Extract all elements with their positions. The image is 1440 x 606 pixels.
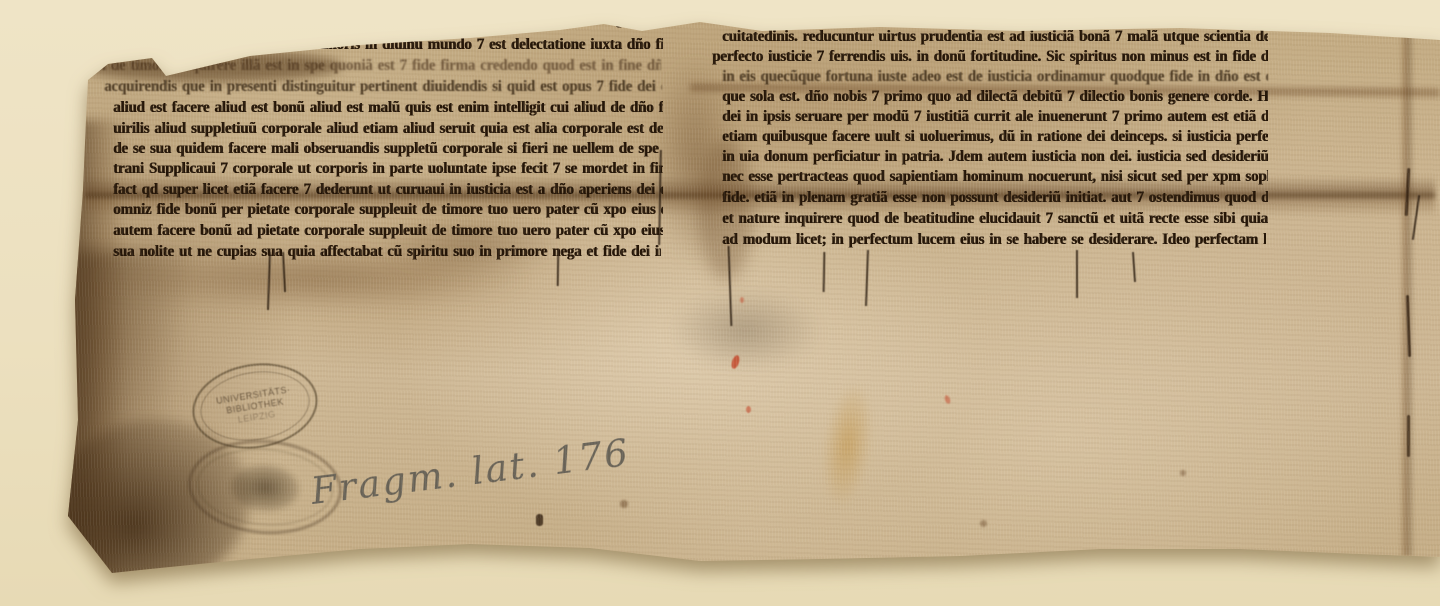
ink-descender: [823, 252, 826, 292]
manuscript-line: perfecto iusticie 7 ferrendis uis. in do…: [712, 47, 1268, 67]
manuscript-line: que sola est. dño nobis 7 primo quo ad d…: [722, 87, 1268, 107]
manuscript-line: aliud est facere aliud est bonũ aliud es…: [113, 98, 663, 118]
manuscript-line: cuitatedinis. reducuntur uirtus prudenti…: [722, 27, 1268, 47]
manuscript-line: autem facere bonũ ad pietate corporale s…: [113, 221, 663, 241]
crease-crack: [1412, 195, 1420, 240]
ink-descender: [728, 246, 733, 326]
speckle-1: [620, 500, 628, 508]
pencil-shelfmark: Fragm. lat. 176: [309, 430, 642, 513]
manuscript-line: sua nolite ut ne cupias sua quia affecta…: [113, 242, 661, 262]
manuscript-line: acquirendis que in presenti distinguitur…: [104, 77, 662, 97]
speckle-3: [1180, 470, 1186, 476]
manuscript-line: trani Supplicaui 7 corporale ut corporis…: [113, 159, 663, 179]
right-vertical-crease: [1400, 34, 1414, 556]
manuscript-line: et nature inquirere quod de beatitudine …: [722, 209, 1268, 229]
manuscript-line: si de timore acquirere illã est in spe q…: [96, 56, 661, 76]
red-fleck-4: [944, 394, 952, 404]
manuscript-line: in uia donum perficiatur in patria. Jdem…: [722, 147, 1268, 167]
crease-slit-1: [1405, 168, 1411, 216]
manuscript-line: nec esse pertracteas quod sapientiam hom…: [722, 167, 1268, 187]
red-fleck-2: [746, 406, 751, 413]
ink-mark-small: [536, 514, 543, 526]
speckle-2: [980, 520, 987, 527]
manuscript-line: nã ordinantiue 7 extrema tacta timoris i…: [113, 35, 663, 55]
ochre-smear: [817, 382, 878, 507]
ink-descender: [865, 250, 869, 306]
library-stamp-inner-ring: UNIVERSITÄTS· BIBLIOTHEK LEIPZIG: [195, 364, 314, 448]
gray-smudge-center: [670, 290, 820, 370]
crease-slit-2: [1406, 295, 1411, 357]
ink-descender: [1076, 250, 1078, 298]
photo-backdrop: mt uirtutũ moraliũ ordinantur ad sũmarie…: [0, 0, 1440, 606]
crease-slit-3: [1407, 415, 1410, 457]
ink-descender: [557, 250, 560, 286]
manuscript-line: fact qd super licet etiã facere 7 dederu…: [113, 180, 663, 200]
manuscript-line: fide. etiã in plenam gratiã esse non pos…: [722, 188, 1268, 208]
manuscript-line: in eis quecũque fortuna iuste adeo est d…: [722, 67, 1268, 87]
manuscript-line: etiam quibusque facere uult si uoluerimu…: [722, 127, 1268, 147]
red-fleck-3: [740, 297, 744, 303]
red-fleck-1: [730, 354, 741, 369]
parchment-fragment: mt uirtutũ moraliũ ordinantur ad sũmarie…: [0, 0, 1440, 606]
ink-descender: [1132, 252, 1136, 282]
manuscript-line: mt pmraue dna urtutum de anima dei fide …: [758, 18, 1263, 29]
manuscript-line: uirilis aliud suppletiuũ corporale aliud…: [113, 119, 663, 139]
manuscript-line: de se sua quidem facere mali obseruandis…: [113, 139, 663, 159]
parchment-wrap: mt uirtutũ moraliũ ordinantur ad sũmarie…: [0, 0, 1440, 606]
manuscript-line: mt uirtutũ moraliũ ordinantur ad sũmarie…: [340, 20, 662, 31]
left-mid-dark-band: [70, 250, 190, 580]
manuscript-line: ad modum licet; in perfectum lucem eius …: [722, 230, 1266, 250]
manuscript-line: dei in ipsis seruare per modũ 7 iustitiã…: [722, 107, 1268, 127]
manuscript-line: omniz fide bonũ per pietate corporale su…: [113, 200, 663, 220]
